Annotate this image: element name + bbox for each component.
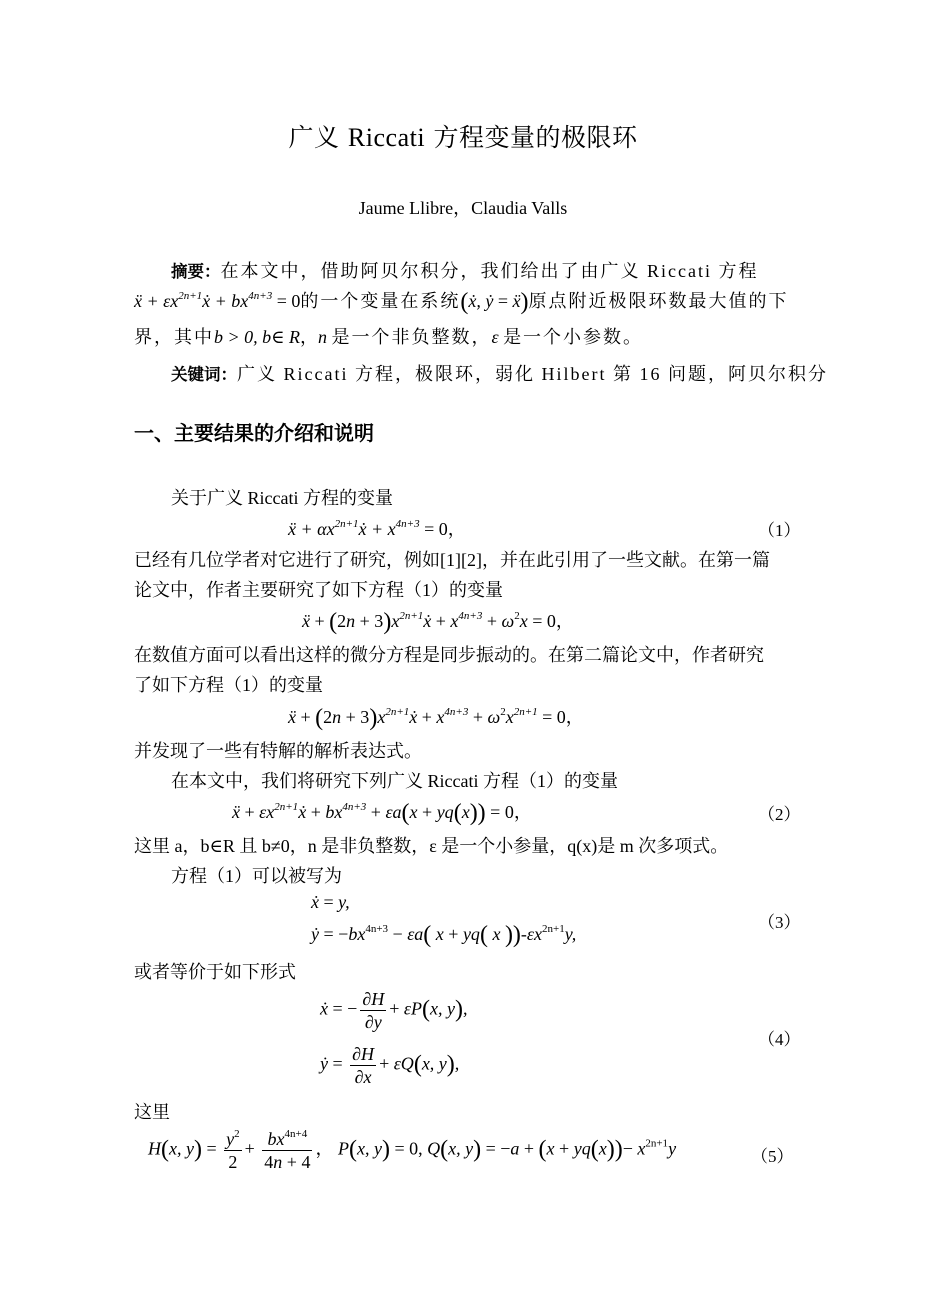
section-heading: 一、主要结果的介绍和说明 xyxy=(134,417,374,446)
equation-2-number: （2） xyxy=(758,800,801,825)
equation-5: H(x, y) = y22+ bx4n+44n + 4， P(x, y) = 0… xyxy=(148,1128,676,1173)
abstract-text-3b: ， xyxy=(300,327,318,347)
abstract-equation: ẍ + εx2n+1ẋ + bx4n+3 = 0 xyxy=(134,291,300,311)
paragraph-1: 关于广义 Riccati 方程的变量 xyxy=(171,484,393,510)
paragraph-5: 在本文中，我们将研究下列广义 Riccati 方程（1）的变量 xyxy=(171,767,618,793)
paragraph-2-line-1: 已经有几位学者对它进行了研究，例如[1][2]，并在此引用了一些文献。在第一篇 xyxy=(134,546,770,572)
equation-1-number: （1） xyxy=(758,516,801,541)
paragraph-8: 或者等价于如下形式 xyxy=(134,958,296,984)
title-cjk-prefix: 广义 xyxy=(288,123,339,152)
paragraph-6: 这里 a，b∈R 且 b≠0，n 是非负整数，ε 是一个小参量，q(x)是 m … xyxy=(134,832,728,858)
equation-2: ẍ + εx2n+1ẋ + bx4n+3 + εa(x + yq(x)) = 0… xyxy=(232,798,532,827)
equation-4-line-1: ẋ = −∂H∂y+ εP(x, y), xyxy=(320,988,467,1033)
paragraph-3-line-2: 了如下方程（1）的变量 xyxy=(134,671,323,697)
equation-b: ẍ + (2n + 3)x2n+1ẋ + x4n+3 + ω2x2n+1 = 0… xyxy=(288,703,584,732)
keywords-label: 关键词： xyxy=(171,365,237,384)
paragraph-9: 这里 xyxy=(134,1098,170,1124)
abstract-eps: ε xyxy=(491,327,498,347)
abstract-text-3d: 是一个小参数。 xyxy=(503,327,643,347)
abstract-text-3a: 界，其中 xyxy=(134,327,214,347)
equation-4-line-2: ẏ = ∂H∂x+ εQ(x, y), xyxy=(320,1043,459,1088)
abstract-text-3c: 是一个非负整数， xyxy=(331,327,491,347)
abstract-n: n xyxy=(318,327,327,347)
equation-3-line-1: ẋ = y, xyxy=(311,892,350,913)
paragraph-3-line-1: 在数值方面可以看出这样的微分方程是同步振动的。在第二篇论文中，作者研究 xyxy=(134,641,764,667)
equation-5-number: （5） xyxy=(751,1142,794,1167)
abstract-text-2b: 原点附近极限环数最大值的下 xyxy=(529,291,789,311)
abstract-label: 摘要： xyxy=(171,262,221,281)
equation-4-number: （4） xyxy=(758,1025,801,1050)
abstract-line-1: 摘要：在本文中，借助阿贝尔积分，我们给出了由广义 Riccati 方程 xyxy=(171,257,758,283)
title-cjk-suffix: 方程变量的极限环 xyxy=(434,123,638,152)
paragraph-4: 并发现了一些有特解的解析表达式。 xyxy=(134,737,422,763)
keywords-line: 关键词：广义 Riccati 方程，极限环，弱化 Hilbert 第 16 问题… xyxy=(171,360,828,386)
abstract-condition: b > 0, b∈ R xyxy=(214,327,300,347)
equation-1: ẍ + αx2n+1ẋ + x4n+3 = 0， xyxy=(288,515,466,541)
abstract-text-1: 在本文中，借助阿贝尔积分，我们给出了由广义 Riccati 方程 xyxy=(221,261,759,281)
abstract-system: (ẋ, ẏ = ẍ) xyxy=(460,291,528,311)
equation-3-number: （3） xyxy=(758,908,801,933)
paragraph-2-line-2: 论文中，作者主要研究了如下方程（1）的变量 xyxy=(134,576,503,602)
paper-title: 广义 Riccati 方程变量的极限环 xyxy=(0,118,926,154)
abstract-line-3: 界，其中b > 0, b∈ R，n 是一个非负整数，ε 是一个小参数。 xyxy=(134,323,643,349)
title-latin: Riccati xyxy=(348,123,425,152)
keywords-text: 广义 Riccati 方程，极限环，弱化 Hilbert 第 16 问题，阿贝尔… xyxy=(237,364,828,384)
equation-a: ẍ + (2n + 3)x2n+1ẋ + x4n+3 + ω2x = 0， xyxy=(302,607,574,636)
abstract-text-2a: 的一个变量在系统 xyxy=(300,291,460,311)
paragraph-7: 方程（1）可以被写为 xyxy=(171,862,342,888)
equation-3-line-2: ẏ = −bx4n+3 − εa( x + yq( x ))-εx2n+1y, xyxy=(311,922,576,949)
authors: Jaume Llibre，Claudia Valls xyxy=(0,194,926,220)
abstract-line-2: ẍ + εx2n+1ẋ + bx4n+3 = 0的一个变量在系统(ẋ, ẏ = … xyxy=(134,287,789,316)
